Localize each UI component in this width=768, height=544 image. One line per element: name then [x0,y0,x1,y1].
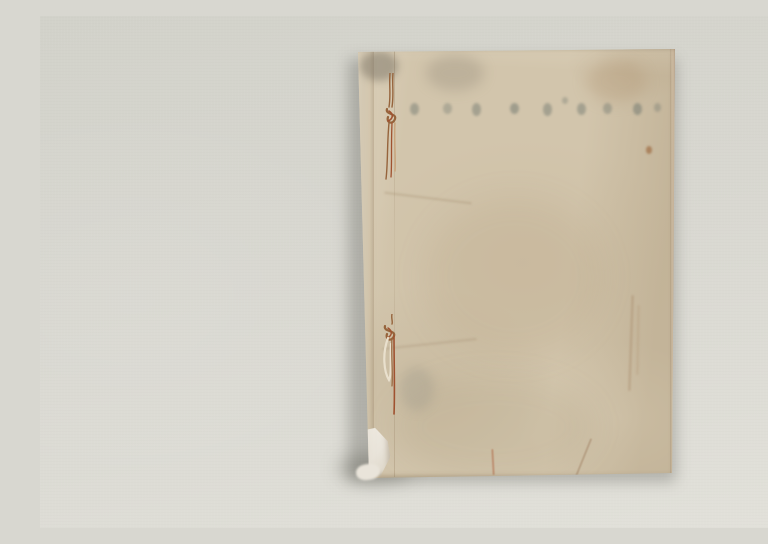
stain [426,55,484,91]
photograph-stab-bound-booklet [40,16,768,528]
crease [384,192,472,205]
cover-edge-shading [354,47,678,479]
crease [628,295,633,391]
stain [646,146,652,154]
binding-thread-tie-top [382,73,402,183]
faded-ink-marks [354,101,678,119]
crease [636,305,639,375]
binding-thread-tie-bottom [380,314,400,420]
stain [400,367,434,411]
spine-crease-line [394,51,395,477]
stain [394,377,594,477]
stab-bound-booklet [354,47,678,479]
crease [574,438,592,480]
crease [382,338,477,350]
crease [491,449,494,475]
stain [424,197,604,357]
stain [586,61,646,103]
